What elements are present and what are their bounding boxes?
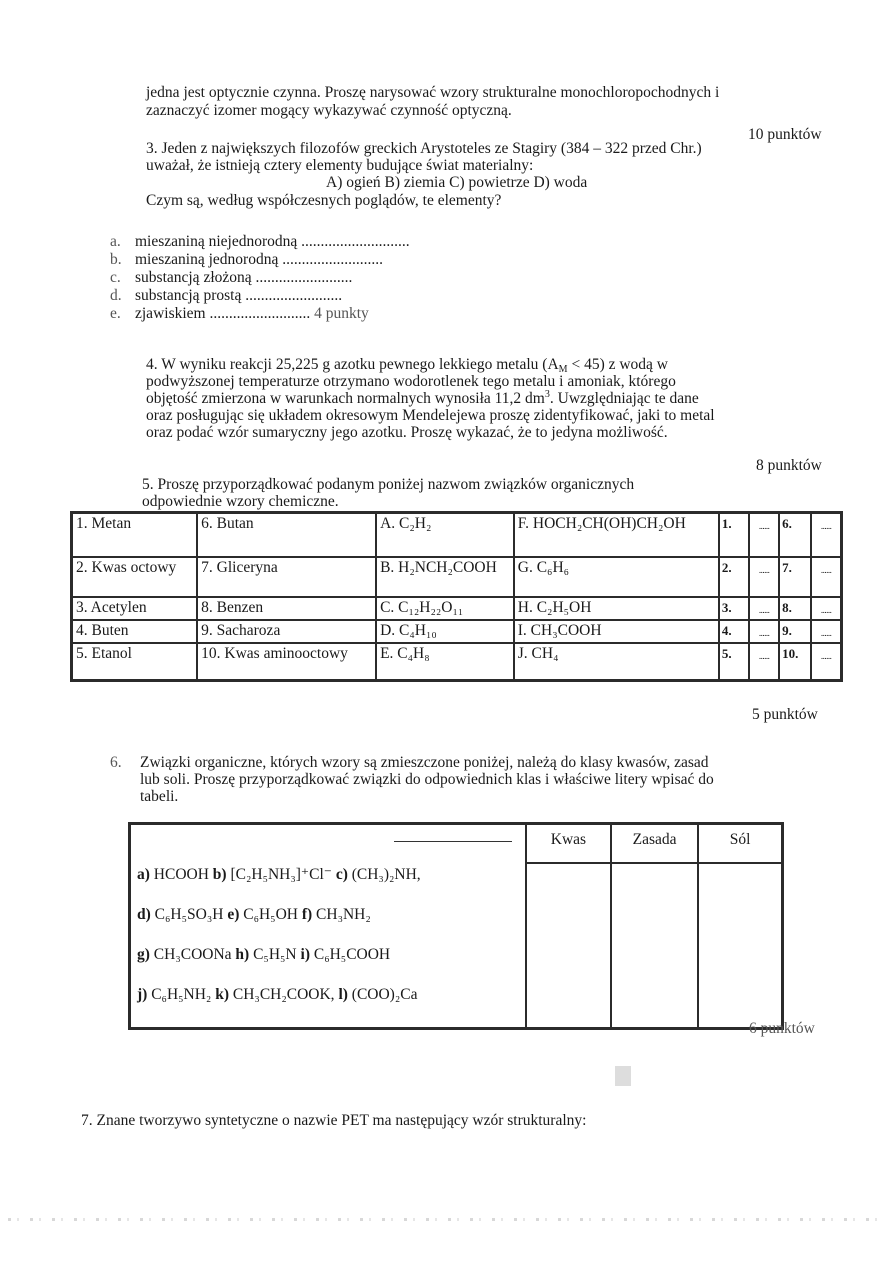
- task5-matching-table: 1. Metan6. ButanA. C₂H₂F. HOCH₂CH(OH)CH₂…: [70, 511, 843, 682]
- formula-cell: C. C₁₂H₂₂O₁₁: [376, 597, 514, 620]
- item-letter: d): [137, 906, 155, 923]
- task4-line2: podwyższonej temperaturze otrzymano wodo…: [146, 373, 676, 390]
- task3-points: 4 punkty: [314, 305, 369, 322]
- name-cell: 8. Benzen: [197, 597, 376, 620]
- table-row: 5. Etanol10. Kwas aminooctowyE. C₄H₈J. C…: [72, 643, 842, 681]
- formula-cell: D. C₄H₁₀: [376, 620, 514, 643]
- task7-line1: 7. Znane tworzywo syntetyczne o nazwie P…: [81, 1112, 586, 1129]
- task2-line1: jedna jest optycznie czynna. Proszę nary…: [146, 84, 719, 101]
- name-cell: 7. Gliceryna: [197, 557, 376, 597]
- task6-number: 6.: [110, 754, 122, 771]
- table-row: 1. Metan6. ButanA. C₂H₂F. HOCH₂CH(OH)CH₂…: [72, 513, 842, 557]
- formula-cell: G. C₆H₆: [514, 557, 719, 597]
- answer-number: 1.: [719, 513, 749, 557]
- answer-number: 9.: [779, 620, 811, 643]
- item-letter: a): [137, 866, 154, 883]
- option-b: b.mieszaniną jednorodną ................…: [110, 251, 410, 269]
- answer-blank[interactable]: ......: [749, 597, 779, 620]
- task6-line2: lub soli. Proszę przyporządkować związki…: [140, 771, 714, 788]
- header-kwas: Kwas: [526, 824, 611, 864]
- compounds-cell: a) HCOOH b) [C₂H₅NH₃]⁺Cl⁻ c) (CH₃)₂NH,d)…: [130, 824, 527, 1029]
- option-a: a.mieszaniną niejednorodną .............…: [110, 233, 410, 251]
- answer-number: 7.: [779, 557, 811, 597]
- name-cell: 10. Kwas aminooctowy: [197, 643, 376, 681]
- task2-points: 10 punktów: [748, 126, 822, 143]
- table-row: 4. Buten9. SacharozaD. C₄H₁₀I. CH₃COOH4.…: [72, 620, 842, 643]
- task4-points: 8 punktów: [756, 457, 822, 474]
- option-e: e.zjawiskiem .......................... …: [110, 305, 410, 323]
- task5-line2: odpowiednie wzory chemiczne.: [142, 493, 339, 510]
- compound-line: d) C₆H₅SO₃H e) C₆H₅OH f) CH₃NH₂: [137, 906, 524, 946]
- task6-points: 6 punktów: [749, 1020, 815, 1037]
- answer-zasada[interactable]: [611, 863, 698, 1029]
- table-row: 3. Acetylen8. BenzenC. C₁₂H₂₂O₁₁H. C₂H₅O…: [72, 597, 842, 620]
- name-cell: 1. Metan: [72, 513, 198, 557]
- compound-line: a) HCOOH b) [C₂H₅NH₃]⁺Cl⁻ c) (CH₃)₂NH,: [137, 866, 524, 906]
- formula-cell: J. CH₄: [514, 643, 719, 681]
- item-letter: c): [336, 866, 352, 883]
- answer-number: 6.: [779, 513, 811, 557]
- name-cell: 4. Buten: [72, 620, 198, 643]
- answer-number: 4.: [719, 620, 749, 643]
- formula-cell: H. C₂H₅OH: [514, 597, 719, 620]
- task5-points: 5 punktów: [752, 706, 818, 723]
- task3-elements: A) ogień B) ziemia C) powietrze D) woda: [326, 174, 587, 191]
- answer-blank[interactable]: ......: [749, 557, 779, 597]
- scan-noise: [8, 1218, 885, 1221]
- item-letter: b): [213, 866, 231, 883]
- table-row: 2. Kwas octowy7. GlicerynaB. H₂NCH₂COOHG…: [72, 557, 842, 597]
- compound-line: g) CH₃COONa h) C₅H₅N i) C₆H₅COOH: [137, 946, 524, 986]
- formula-cell: E. C₄H₈: [376, 643, 514, 681]
- item-letter: g): [137, 946, 154, 963]
- task5-line1: 5. Proszę przyporządkować podanym poniże…: [142, 476, 634, 493]
- item-letter: e): [227, 906, 243, 923]
- formula-cell: I. CH₃COOH: [514, 620, 719, 643]
- scan-smudge: [615, 1066, 631, 1086]
- formula-cell: B. H₂NCH₂COOH: [376, 557, 514, 597]
- item-letter: h): [235, 946, 253, 963]
- answer-blank[interactable]: ......: [811, 557, 841, 597]
- name-cell: 6. Butan: [197, 513, 376, 557]
- name-cell: 3. Acetylen: [72, 597, 198, 620]
- item-letter: l): [338, 986, 351, 1003]
- formula-cell: A. C₂H₂: [376, 513, 514, 557]
- compound-line: j) C₆H₅NH₂ k) CH₃CH₂COOK, l) (COO)₂Ca: [137, 986, 524, 1026]
- answer-number: 5.: [719, 643, 749, 681]
- task4-line5: oraz podać wzór sumaryczny jego azotku. …: [146, 424, 668, 441]
- answer-number: 8.: [779, 597, 811, 620]
- answer-sol[interactable]: [698, 863, 782, 1029]
- header-sol: Sól: [698, 824, 782, 864]
- answer-blank[interactable]: ......: [749, 620, 779, 643]
- task6-line3: tabeli.: [140, 788, 178, 805]
- answer-blank[interactable]: ......: [811, 597, 841, 620]
- answer-number: 2.: [719, 557, 749, 597]
- item-letter: i): [301, 946, 314, 963]
- answer-blank[interactable]: ......: [749, 513, 779, 557]
- task6-classification-table: a) HCOOH b) [C₂H₅NH₃]⁺Cl⁻ c) (CH₃)₂NH,d)…: [128, 822, 784, 1030]
- option-d: d.substancją prostą ....................…: [110, 287, 410, 305]
- item-letter: j): [137, 986, 151, 1003]
- name-cell: 2. Kwas octowy: [72, 557, 198, 597]
- answer-number: 3.: [719, 597, 749, 620]
- option-c: c.substancją złożoną ...................…: [110, 269, 410, 287]
- task3-options: a.mieszaniną niejednorodną .............…: [110, 233, 410, 323]
- item-letter: f): [302, 906, 316, 923]
- task3-question: Czym są, według współczesnych poglądów, …: [146, 192, 501, 209]
- answer-blank[interactable]: ......: [811, 513, 841, 557]
- task3-line2: uważał, że istnieją cztery elementy budu…: [146, 157, 533, 174]
- answer-blank[interactable]: ......: [811, 643, 841, 681]
- formula-cell: F. HOCH₂CH(OH)CH₂OH: [514, 513, 719, 557]
- task4-line4: oraz posługując się układem okresowym Me…: [146, 407, 715, 424]
- task4-line3: objętość zmierzona w warunkach normalnyc…: [146, 390, 699, 407]
- item-letter: k): [215, 986, 233, 1003]
- answer-blank[interactable]: ......: [811, 620, 841, 643]
- name-cell: 9. Sacharoza: [197, 620, 376, 643]
- header-rule: [394, 841, 512, 842]
- header-zasada: Zasada: [611, 824, 698, 864]
- answer-blank[interactable]: ......: [749, 643, 779, 681]
- task2-line2: zaznaczyć izomer mogący wykazywać czynno…: [146, 102, 512, 119]
- task3-line1: 3. Jeden z największych filozofów grecki…: [146, 140, 702, 157]
- task6-line1: Związki organiczne, których wzory są zmi…: [140, 754, 709, 771]
- answer-number: 10.: [779, 643, 811, 681]
- task4-line1: 4. W wyniku reakcji 25,225 g azotku pewn…: [146, 356, 668, 373]
- answer-kwas[interactable]: [526, 863, 611, 1029]
- name-cell: 5. Etanol: [72, 643, 198, 681]
